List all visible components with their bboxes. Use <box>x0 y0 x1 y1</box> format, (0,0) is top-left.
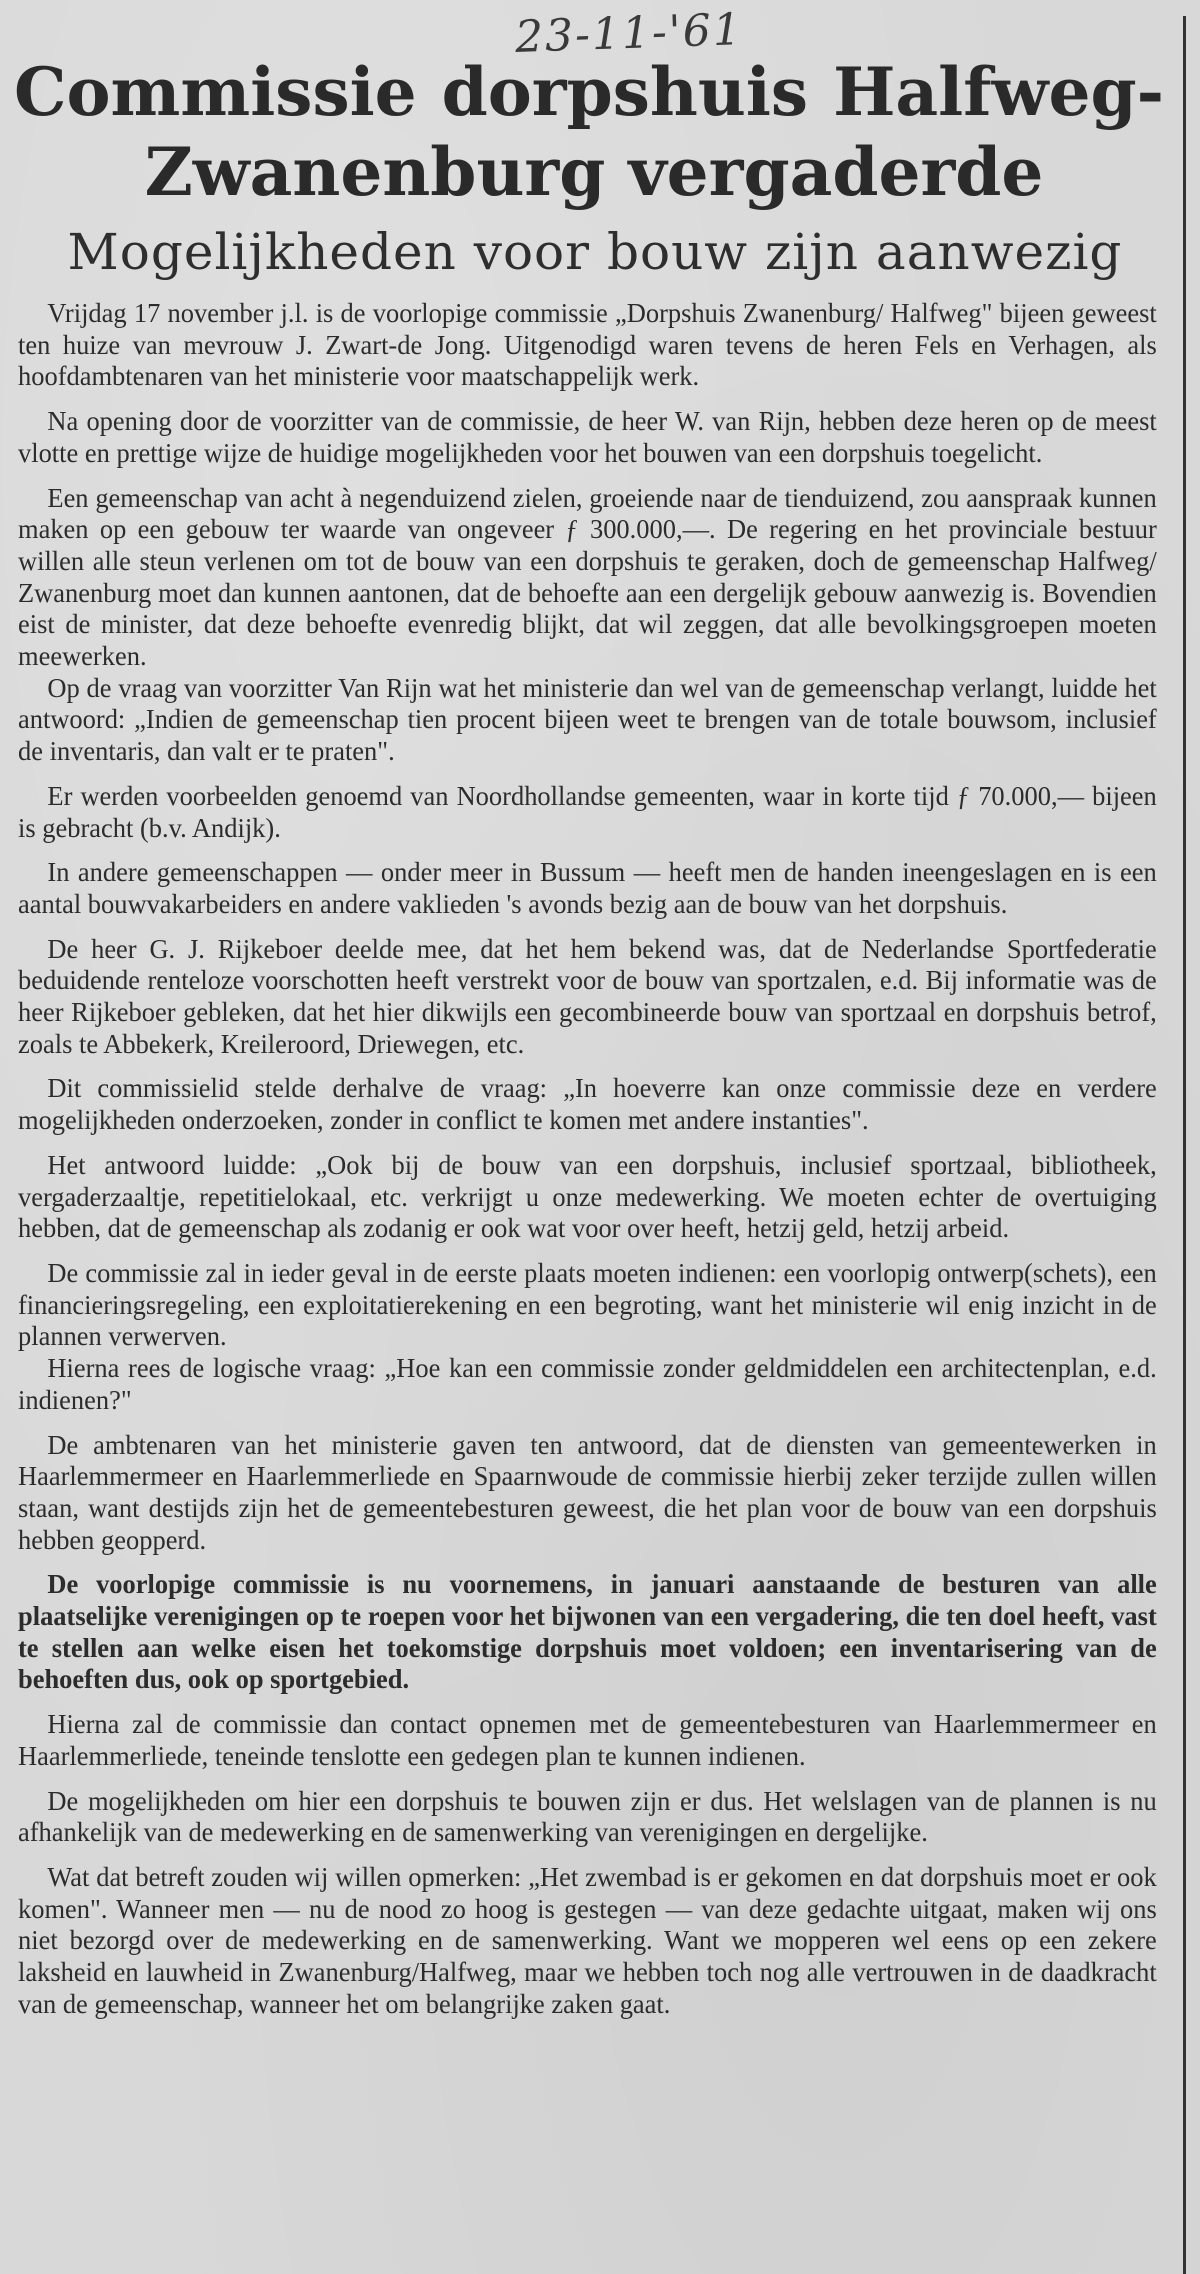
article-paragraph: De voorlopige commissie is nu voornemens… <box>18 1569 1157 1696</box>
article-paragraph: Vrijdag 17 november j.l. is de voorlopig… <box>18 298 1157 393</box>
article-paragraph: De mogelijkheden om hier een dorpshuis t… <box>18 1786 1157 1849</box>
article-paragraph: Er werden voorbeelden genoemd van Noordh… <box>18 781 1157 844</box>
subheadline: Mogelijkheden voor bouw zijn aanwezig <box>30 222 1160 282</box>
headline-word: dorpshuis <box>442 52 808 132</box>
article-paragraph: Een gemeenschap van acht à negenduizend … <box>18 483 1157 673</box>
article-paragraph: De commissie zal in ieder geval in de ee… <box>18 1258 1157 1353</box>
headline-line-2: Zwanenburg vergaderde <box>14 132 1174 212</box>
column-rule <box>1183 16 1186 2274</box>
headline-word: Commissie <box>14 52 417 132</box>
article-paragraph: Hierna rees de logische vraag: „Hoe kan … <box>18 1353 1157 1416</box>
headline: Commissie dorpshuis Halfweg- Zwanenburg … <box>14 52 1174 212</box>
article-paragraph: De ambtenaren van het ministerie gaven t… <box>18 1430 1157 1557</box>
article-paragraph: Na opening door de voorzitter van de com… <box>18 406 1157 469</box>
article-paragraph: Het antwoord luidde: „Ook bij de bouw va… <box>18 1150 1157 1245</box>
article-paragraph: In andere gemeenschappen — onder meer in… <box>18 857 1157 920</box>
newspaper-clipping: 23-11-'61 Commissie dorpshuis Halfweg- Z… <box>0 0 1200 2274</box>
article-paragraph: Hierna zal de commissie dan contact opne… <box>18 1709 1157 1772</box>
article-paragraph: Wat dat betreft zouden wij willen opmerk… <box>18 1862 1157 2021</box>
article-body: Vrijdag 17 november j.l. is de voorlopig… <box>18 298 1157 2033</box>
headline-word: Halfweg- <box>833 52 1164 132</box>
article-paragraph: Op de vraag van voorzitter Van Rijn wat … <box>18 673 1157 768</box>
headline-line-1: Commissie dorpshuis Halfweg- <box>14 52 1174 132</box>
article-paragraph: De heer G. J. Rijkeboer deelde mee, dat … <box>18 934 1157 1061</box>
article-paragraph: Dit commissielid stelde derhalve de vraa… <box>18 1073 1157 1136</box>
